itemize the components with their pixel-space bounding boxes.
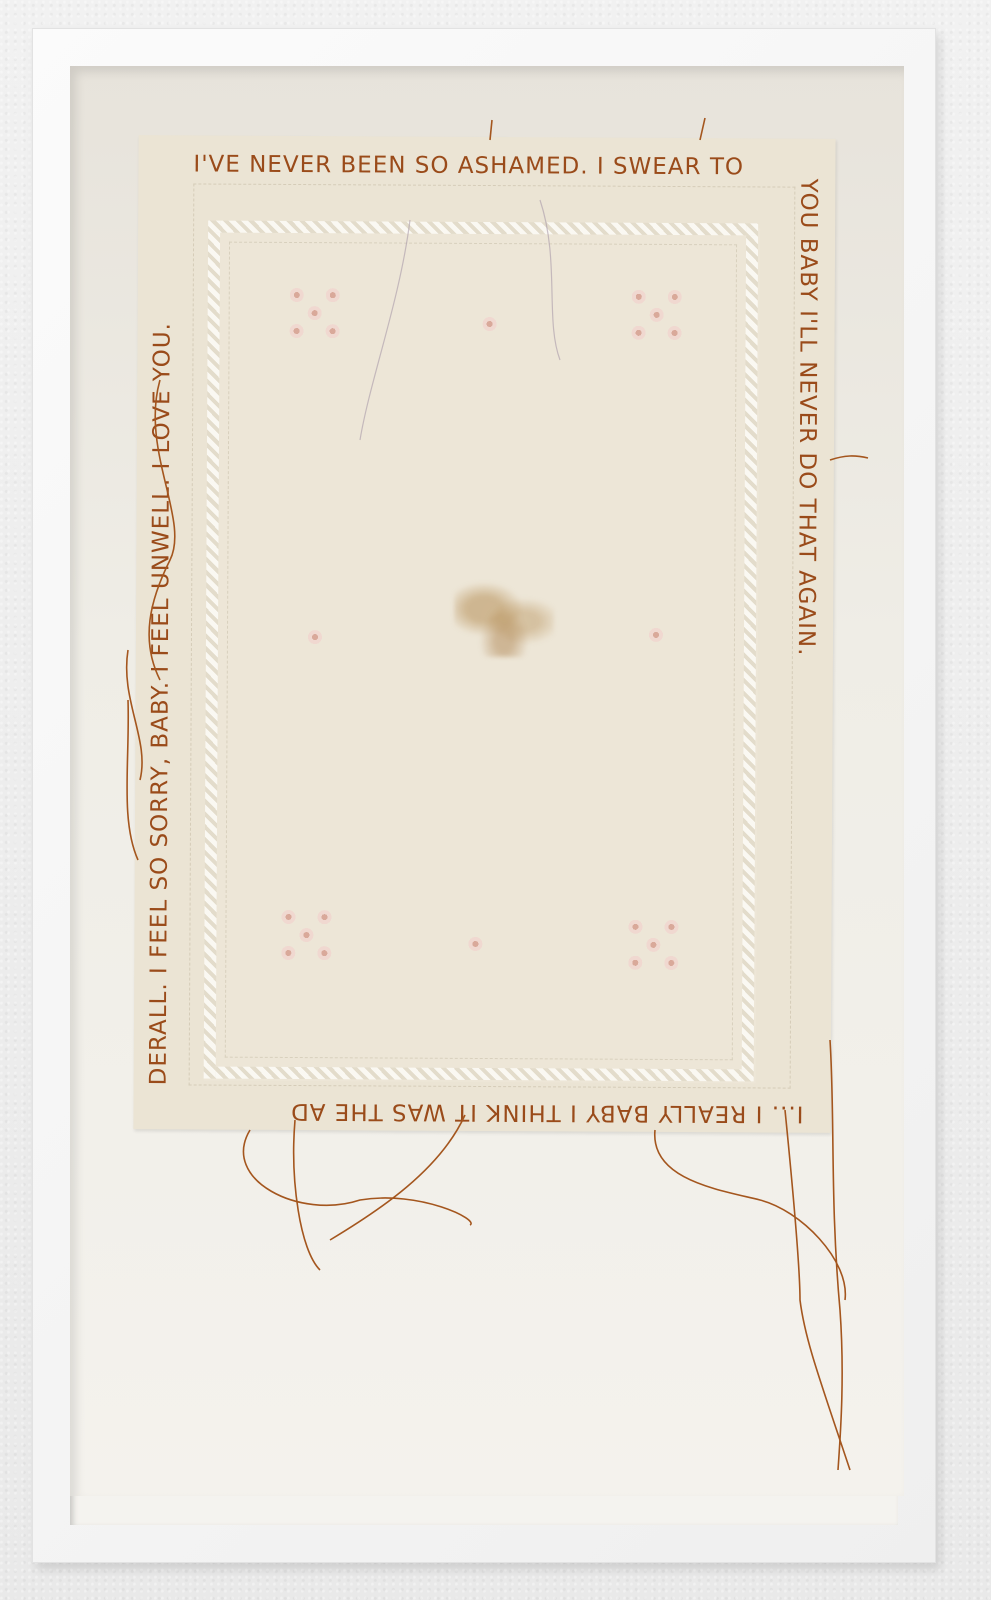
flower-cluster-icon bbox=[628, 286, 688, 346]
embroidered-cloth: I'VE NEVER BEEN SO ASHAMED. I SWEAR TO Y… bbox=[133, 135, 835, 1133]
embroidered-text-right: YOU BABY I'LL NEVER DO THAT AGAIN. bbox=[793, 179, 822, 657]
flower-icon bbox=[483, 317, 497, 331]
flower-icon bbox=[308, 630, 322, 644]
stain-mark bbox=[454, 577, 554, 658]
flower-cluster-icon bbox=[624, 916, 684, 976]
embroidered-text-top: I'VE NEVER BEEN SO ASHAMED. I SWEAR TO bbox=[193, 151, 744, 180]
flower-cluster-icon bbox=[277, 906, 337, 966]
embroidered-text-bottom: I... I REALLY BABY I THINK IT WAS THE AD bbox=[290, 1098, 804, 1127]
flower-icon bbox=[649, 628, 663, 642]
embroidered-text-left: DERALL. I FEEL SO SORRY, BABY. I FEEL UN… bbox=[146, 322, 176, 1085]
flower-icon bbox=[468, 937, 482, 951]
flower-cluster-icon bbox=[286, 284, 346, 344]
